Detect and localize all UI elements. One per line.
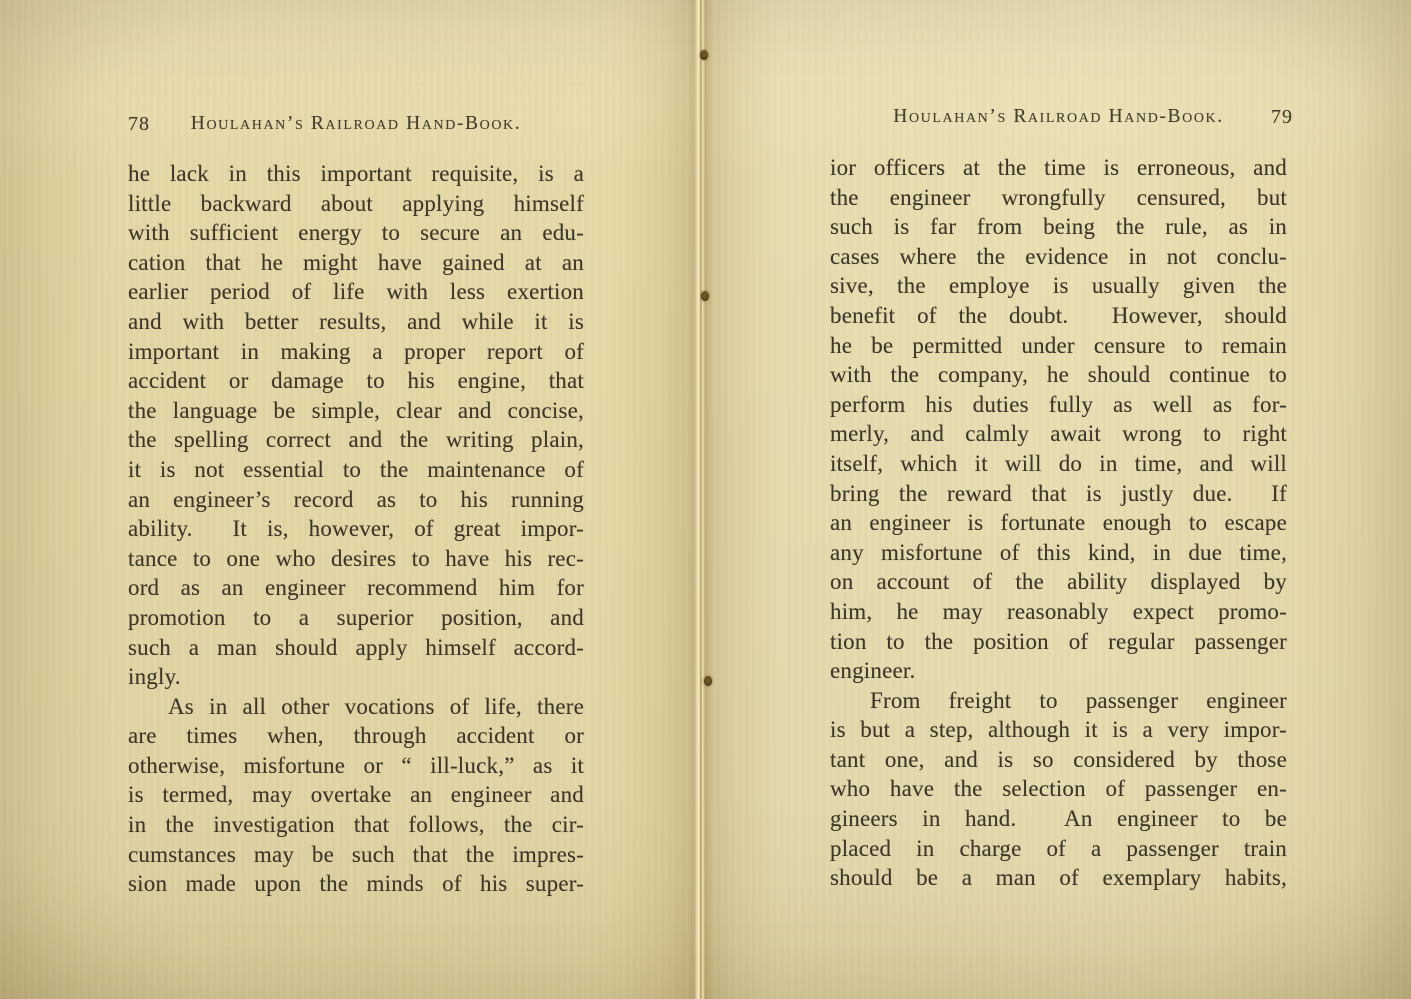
- text-line: tant one, and is so considered by those: [830, 747, 1287, 777]
- text-line: placed in charge of a passenger train: [830, 836, 1287, 866]
- text-line: gineers in hand. An engineer to be: [830, 806, 1287, 836]
- text-line: ingly.: [128, 664, 584, 694]
- book-spread-scan: 78 Houlahan’s Railroad Hand-Book. he lac…: [0, 0, 1411, 999]
- text-line: it is not essential to the maintenance o…: [128, 457, 584, 487]
- text-line: bring the reward that is justly due. If: [830, 481, 1287, 511]
- text-line: tance to one who desires to have his rec…: [128, 546, 584, 576]
- left-running-title: Houlahan’s Railroad Hand-Book.: [191, 113, 521, 134]
- text-line: is termed, may overtake an engineer and: [128, 782, 584, 812]
- text-line: otherwise, misfortune or “ ill-luck,” as…: [128, 753, 584, 783]
- text-line: an engineer’s record as to his running: [128, 487, 584, 517]
- text-line: cation that he might have gained at an: [128, 250, 584, 280]
- text-line: engineer.: [830, 658, 1287, 688]
- text-line: an engineer is fortunate enough to escap…: [830, 510, 1287, 540]
- text-line: From freight to passenger engineer: [830, 688, 1287, 718]
- text-line: earlier period of life with less exertio…: [128, 279, 584, 309]
- left-page-number: 78: [128, 113, 150, 136]
- text-line: with the company, he should continue to: [830, 362, 1287, 392]
- text-line: perform his duties fully as well as for-: [830, 392, 1287, 422]
- text-line: he be permitted under censure to remain: [830, 333, 1287, 363]
- text-line: him, he may reasonably expect promo-: [830, 599, 1287, 629]
- text-line: any misfortune of this kind, in due time…: [830, 540, 1287, 570]
- text-line: he lack in this important requisite, is …: [128, 161, 584, 191]
- left-text-block: he lack in this important requisite, is …: [128, 161, 584, 901]
- text-line: ior officers at the time is erroneous, a…: [830, 155, 1287, 185]
- text-line: is but a step, although it is a very imp…: [830, 717, 1287, 747]
- text-line: sive, the employe is usually given the: [830, 273, 1287, 303]
- text-line: such is far from being the rule, as in: [830, 214, 1287, 244]
- right-running-header: Houlahan’s Railroad Hand-Book. 79: [830, 106, 1287, 136]
- text-line: important in making a proper report of: [128, 339, 584, 369]
- text-line: itself, which it will do in time, and wi…: [830, 451, 1287, 481]
- text-line: benefit of the doubt. However, should: [830, 303, 1287, 333]
- text-line: such a man should apply himself accord-: [128, 635, 584, 665]
- text-line: cumstances may be such that the impres-: [128, 842, 584, 872]
- text-line: on account of the ability displayed by: [830, 569, 1287, 599]
- text-line: are times when, through accident or: [128, 723, 584, 753]
- text-line: who have the selection of passenger en-: [830, 776, 1287, 806]
- text-line: cases where the evidence in not conclu-: [830, 244, 1287, 274]
- text-line: and with better results, and while it is: [128, 309, 584, 339]
- text-line: the language be simple, clear and concis…: [128, 398, 584, 428]
- text-line: tion to the position of regular passenge…: [830, 629, 1287, 659]
- text-line: accident or damage to his engine, that: [128, 368, 584, 398]
- left-running-header: 78 Houlahan’s Railroad Hand-Book.: [128, 113, 584, 143]
- text-line: sion made upon the minds of his super-: [128, 871, 584, 901]
- left-page: 78 Houlahan’s Railroad Hand-Book. he lac…: [0, 0, 705, 999]
- text-line: little backward about applying himself: [128, 191, 584, 221]
- text-line: promotion to a superior position, and: [128, 605, 584, 635]
- text-line: the engineer wrongfully censured, but: [830, 185, 1287, 215]
- text-line: in the investigation that follows, the c…: [128, 812, 584, 842]
- right-page-number: 79: [1271, 106, 1293, 129]
- text-line: should be a man of exemplary habits,: [830, 865, 1287, 895]
- text-line: with sufficient energy to secure an edu-: [128, 220, 584, 250]
- right-text-block: ior officers at the time is erroneous, a…: [830, 155, 1287, 895]
- right-page: Houlahan’s Railroad Hand-Book. 79 ior of…: [705, 0, 1411, 999]
- text-line: As in all other vocations of life, there: [128, 694, 584, 724]
- text-line: the spelling correct and the writing pla…: [128, 427, 584, 457]
- text-line: ord as an engineer recommend him for: [128, 575, 584, 605]
- text-line: ability. It is, however, of great impor-: [128, 516, 584, 546]
- text-line: merly, and calmly await wrong to right: [830, 421, 1287, 451]
- right-running-title: Houlahan’s Railroad Hand-Book.: [893, 106, 1223, 127]
